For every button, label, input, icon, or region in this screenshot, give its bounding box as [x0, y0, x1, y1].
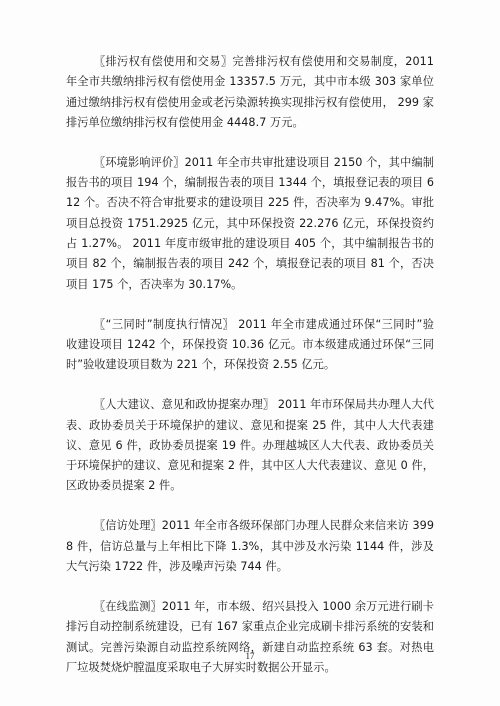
- paragraph-environmental-impact-assessment: 〖环境影响评价〗2011 年全市共审批建设项目 2150 个，其中编制报告书的项…: [66, 153, 434, 295]
- paragraph-heading: 〖人大建议、意见和政协提案办理〗: [94, 398, 274, 411]
- paragraph-petition-handling: 〖信访处理〗2011 年全市各级环保部门办理人民群众来信来访 3998 件，信访…: [66, 516, 434, 577]
- paragraph-emission-rights-trading: 〖排污权有偿使用和交易〗完善排污权有偿使用和交易制度，2011 年全市共缴纳排污…: [66, 52, 434, 133]
- page-number: 17: [0, 651, 500, 661]
- paragraph-heading: 〖环境影响评价〗: [94, 156, 185, 169]
- paragraph-body: 2011 年全市共审批建设项目 2150 个，其中编制报告书的项目 194 个，…: [66, 156, 434, 291]
- paragraph-body: 2011 年市环保局共办理人大代表、政协委员关于环境保护的建议、意见和提案 25…: [66, 398, 434, 492]
- paragraph-three-simultaneous: 〖“三同时”制度执行情况〗 2011 年全市建成通过环保“三同时”验收建设项目 …: [66, 315, 434, 376]
- paragraph-heading: 〖信访处理〗: [94, 519, 162, 532]
- paragraph-heading: 〖排污权有偿使用和交易〗: [94, 55, 232, 68]
- paragraph-npc-cppcc-proposals: 〖人大建议、意见和政协提案办理〗 2011 年市环保局共办理人大代表、政协委员关…: [66, 395, 434, 496]
- document-page: 〖排污权有偿使用和交易〗完善排污权有偿使用和交易制度，2011 年全市共缴纳排污…: [66, 52, 434, 698]
- paragraph-heading: 〖“三同时”制度执行情况〗: [94, 318, 234, 331]
- paragraph-heading: 〖在线监测〗: [94, 600, 162, 613]
- paragraph-online-monitoring: 〖在线监测〗2011 年，市本级、绍兴县投入 1000 余万元进行刷卡排污自动控…: [66, 597, 434, 678]
